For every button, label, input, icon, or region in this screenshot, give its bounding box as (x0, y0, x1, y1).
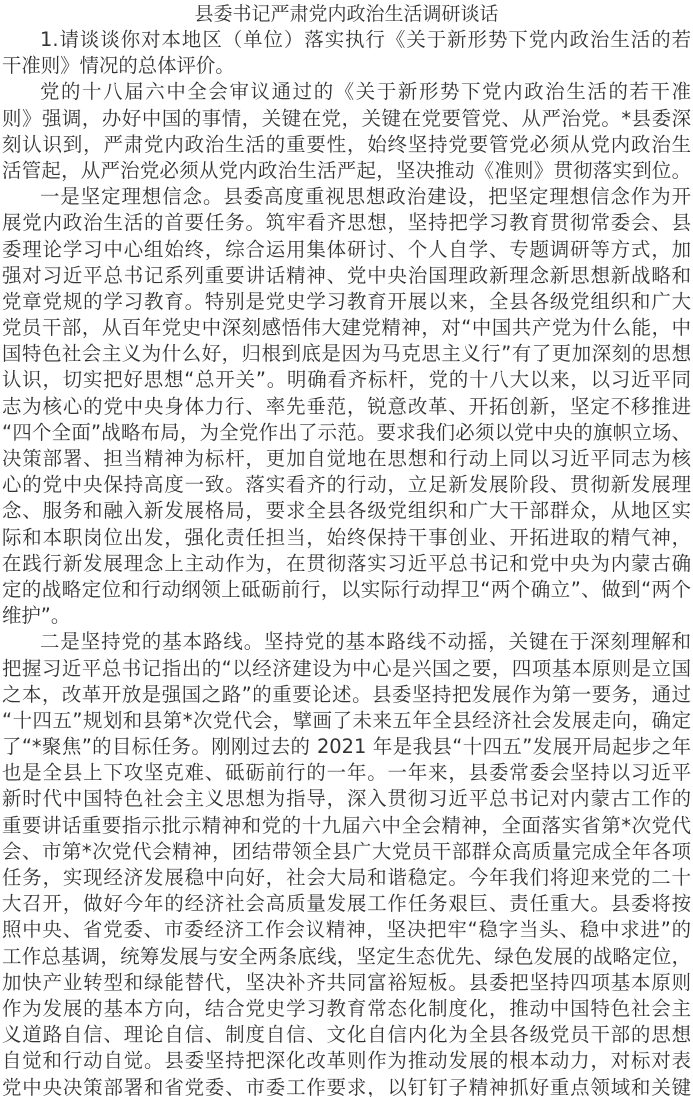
text-line: 维护”。 (0, 603, 693, 629)
text-line: 重要讲话重要指示批示精神和党的十九届六中全会精神，全面落实省第*次党代 (0, 813, 693, 839)
text-line: 了“*聚焦”的目标任务。刚刚过去的 2021 年是我县“十四五”发展开局起步之年 (0, 734, 693, 760)
document-title: 县委书记严肃党内政治生活调研谈话 (0, 0, 693, 27)
paragraph-question-1: 1.请谈谈你对本地区（单位）落实执行《关于新形势下党内政治生活的若 干准则》情况… (0, 27, 693, 79)
text-line: 之本，改革开放是强国之路”的重要论述。县委坚持把发展作为第一要务，通过 (0, 682, 693, 708)
document-page: 县委书记严肃党内政治生活调研谈话 1.请谈谈你对本地区（单位）落实执行《关于新形… (0, 0, 693, 1097)
text-line: 把握习近平总书记指出的“以经济建设为中心是兴国之要，四项基本原则是立国 (0, 656, 693, 682)
text-line: 在践行新发展理念上主动作为，在贯彻落实习近平总书记和党中央为内蒙古确 (0, 551, 693, 577)
text-line: 党章党规的学习教育。特别是党史学习教育开展以来，全县各级党组织和广大 (0, 289, 693, 315)
text-line: 新时代中国特色社会主义思想为指导，深入贯彻习近平总书记对内蒙古工作的 (0, 786, 693, 812)
text-line: 会、市第*次党代会精神，团结带领全县广大党员干部群众高质量完成全年各项 (0, 839, 693, 865)
text-line: 党的十八届六中全会审议通过的《关于新形势下党内政治生活的若干准 (0, 79, 693, 105)
text-line: 党中央决策部署和省党委、市委工作要求，以钉钉子精神抓好重点领域和关键 (0, 1075, 693, 1097)
text-line: 1.请谈谈你对本地区（单位）落实执行《关于新形势下党内政治生活的若 (0, 27, 693, 53)
text-line: 念、服务和融入新发展格局，要求全县各级党组织和广大干部群众，从地区实 (0, 498, 693, 524)
text-line: 际和本职岗位出发，强化责任担当，始终保持干事创业、开拓进取的精气神， (0, 525, 693, 551)
text-line: 大召开，做好今年的经济社会高质量发展工作任务艰巨、责任重大。县委将按 (0, 891, 693, 917)
text-line: 二是坚持党的基本路线。坚持党的基本路线不动摇，关键在于深刻理解和 (0, 629, 693, 655)
text-line: 决策部署、担当精神为标杆，更加自觉地在思想和行动上同以习近平同志为核 (0, 446, 693, 472)
paragraph-point-2: 二是坚持党的基本路线。坚持党的基本路线不动摇，关键在于深刻理解和 把握习近平总书… (0, 629, 693, 1097)
text-line: 照中央、省党委、市委经济工作会议精神，坚决把牢“稳字当头、稳中求进”的 (0, 917, 693, 943)
paragraph-point-1: 一是坚定理想信念。县委高度重视思想政治建设，把坚定理想信念作为开 展党内政治生活… (0, 184, 693, 629)
text-line: 心的党中央保持高度一致。落实看齐的行动，立足新发展阶段、贯彻新发展理 (0, 472, 693, 498)
text-line: “十四五”规划和县第*次党代会，擘画了未来五年全县经济社会发展走向，确定 (0, 708, 693, 734)
text-line: 委理论学习中心组始终，综合运用集体研讨、个人自学、专题调研等方式，加 (0, 237, 693, 263)
text-line: 工作总基调，统筹发展与安全两条底线，坚定生态优先、绿色发展的战略定位， (0, 944, 693, 970)
text-line: 一是坚定理想信念。县委高度重视思想政治建设，把坚定理想信念作为开 (0, 184, 693, 210)
text-line: 也是全县上下攻坚克难、砥砺前行的一年。一年来，县委常委会坚持以习近平 (0, 760, 693, 786)
text-line: 认识，切实把好思想“总开关”。明确看齐标杆，党的十八大以来，以习近平同 (0, 367, 693, 393)
text-line: 活管起，从严治党必须从党内政治生活严起，坚决推动《准则》贯彻落实到位。 (0, 158, 693, 184)
text-line: 展党内政治生活的首要任务。筑牢看齐思想，坚持把学习教育贯彻常委会、县 (0, 210, 693, 236)
paragraph-intro: 党的十八届六中全会审议通过的《关于新形势下党内政治生活的若干准 则》强调，办好中… (0, 79, 693, 184)
text-line: 干准则》情况的总体评价。 (0, 53, 693, 79)
text-line: 党员干部，从百年党史中深刻感悟伟大建党精神，对“中国共产党为什么能，中 (0, 315, 693, 341)
text-line: “四个全面”战略布局，为全党作出了示范。要求我们必须以党中央的旗帜立场、 (0, 420, 693, 446)
text-line: 义道路自信、理论自信、制度自信、文化自信内化为全县各级党员干部的思想 (0, 1022, 693, 1048)
text-line: 定的战略定位和行动纲领上砥砺前行，以实际行动捍卫“两个确立”、做到“两个 (0, 577, 693, 603)
text-line: 强对习近平总书记系列重要讲话精神、党中央治国理政新理念新思想新战略和 (0, 263, 693, 289)
text-line: 国特色社会主义为什么好，归根到底是因为马克思主义行”有了更加深刻的思想 (0, 341, 693, 367)
text-line: 自觉和行动自觉。县委坚持把深化改革则作为推动发展的根本动力，对标对表 (0, 1048, 693, 1074)
text-line: 作为发展的基本方向，结合党史学习教育常态化制度化，推动中国特色社会主 (0, 996, 693, 1022)
text-line: 任务，实现经济发展稳中向好，社会大局和谐稳定。今年我们将迎来党的二十 (0, 865, 693, 891)
text-line: 志为核心的党中央身体力行、率先垂范，锐意改革、开拓创新，坚定不移推进 (0, 394, 693, 420)
text-line: 加快产业转型和绿能替代，坚决补齐共同富裕短板。县委把坚持四项基本原则 (0, 970, 693, 996)
text-line: 则》强调，办好中国的事情，关键在党，关键在党要管党、从严治党。*县委深 (0, 106, 693, 132)
text-line: 刻认识到，严肃党内政治生活的重要性，始终坚持党要管党必须从党内政治生 (0, 132, 693, 158)
